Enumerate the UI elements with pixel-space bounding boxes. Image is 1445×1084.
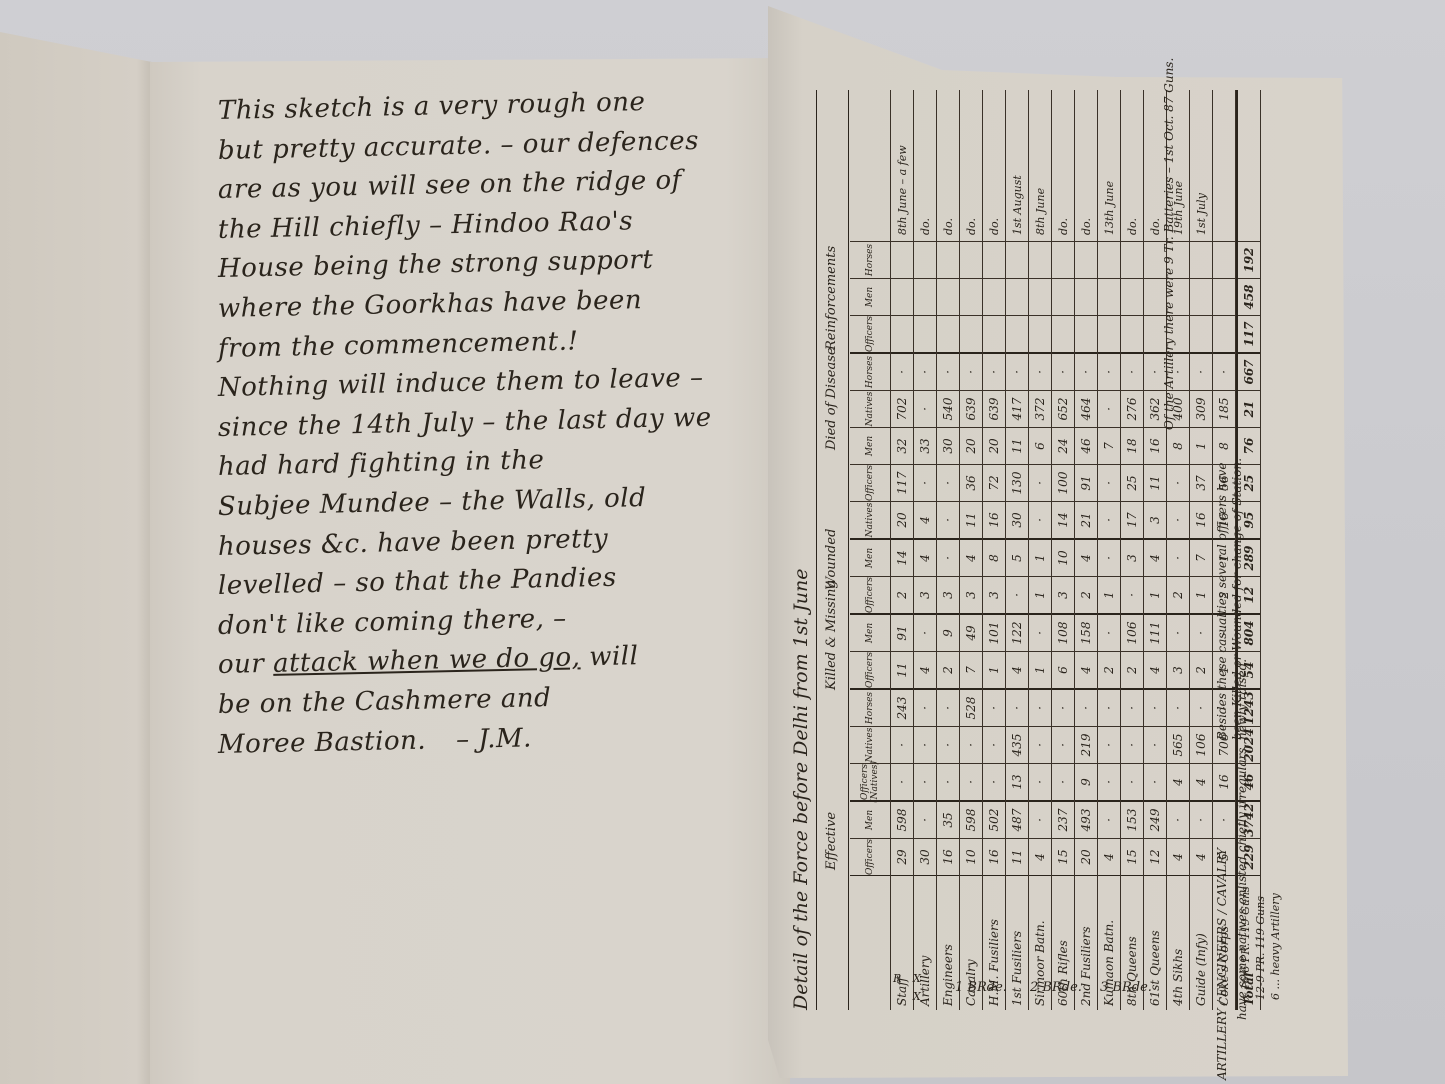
table-cell: · (1121, 763, 1143, 800)
table-cell (1121, 278, 1143, 315)
row-remark: do. (1126, 90, 1139, 241)
table-cell: · (914, 613, 936, 651)
table-cell: 4 (1075, 651, 1097, 688)
table-cell: · (1098, 800, 1120, 838)
table-row: 2nd Fusiliers204939219·415824219146464·d… (1075, 90, 1098, 1010)
table-cell: 35 (937, 800, 959, 838)
table-cell (1190, 278, 1212, 315)
table-cell (960, 278, 982, 315)
table-cell (1190, 315, 1212, 352)
row-remark: 8th June – a few (896, 90, 909, 241)
col-group: Reinforcements (824, 246, 839, 350)
table-cell (1190, 241, 1212, 278)
table-cell: 2 (1190, 651, 1212, 688)
column-header: Men (850, 538, 890, 576)
table-cell: · (937, 763, 959, 800)
table-cell: 4 (1029, 838, 1051, 875)
table-cell: 4 (1075, 538, 1097, 576)
table-cell (1098, 241, 1120, 278)
table-cell: 30 (914, 838, 936, 875)
table-cell: 16 (983, 501, 1005, 538)
table-cell (1006, 278, 1028, 315)
table-cell (937, 241, 959, 278)
table-cell: 4 (914, 538, 936, 576)
table-cell: 2 (1098, 651, 1120, 688)
table-cell: 4 (960, 538, 982, 576)
table-cell (1121, 315, 1143, 352)
table-cell: · (960, 726, 982, 763)
table-title: Detail of the Force before Delhi from 1s… (790, 90, 817, 1010)
column-header: Horses (850, 352, 890, 390)
table-cell: · (1098, 726, 1120, 763)
table-cell: 11 (960, 501, 982, 538)
total-cell: 667 (1238, 352, 1260, 390)
table-cell: 652 (1052, 390, 1074, 427)
table-cell: 15 (1121, 838, 1143, 875)
total-cell: 21 (1238, 390, 1260, 427)
table-cell: 20 (983, 427, 1005, 464)
table-cell: 32 (891, 427, 913, 464)
row-label: 1st Fusiliers (1006, 875, 1028, 1010)
table-cell: 3 (960, 576, 982, 613)
column-header: Men (850, 800, 890, 838)
table-cell: · (937, 538, 959, 576)
table-cell: 7 (960, 651, 982, 688)
table-cell: · (891, 352, 913, 390)
table-cell: · (914, 800, 936, 838)
table-cell: 372 (1029, 390, 1051, 427)
table-cell: · (983, 688, 1005, 726)
table-cell: 9 (937, 613, 959, 651)
table-cell: · (937, 726, 959, 763)
column-header: Natives (850, 390, 890, 427)
brace-item: ARTILLERY (1215, 1008, 1229, 1080)
col-group: Killed & Missing (824, 580, 839, 690)
table-cell: · (1190, 688, 1212, 726)
table-cell: · (1121, 688, 1143, 726)
table-row: 8th Queens15153···2106·3172518276·do. (1121, 90, 1144, 1010)
underlined-text: attack when we do go, (273, 643, 581, 679)
table-cell: · (1098, 501, 1120, 538)
row-label: Guide (Infy) (1190, 875, 1212, 1010)
table-cell: · (1098, 352, 1120, 390)
table-cell: 3 (937, 576, 959, 613)
table-cell: · (1098, 538, 1120, 576)
table-cell: 1 (1144, 576, 1166, 613)
table-cell: · (1098, 763, 1120, 800)
table-cell (1075, 241, 1097, 278)
table-cell: 14 (891, 538, 913, 576)
column-header: Natives (850, 726, 890, 763)
table-cell: 4 (1006, 651, 1028, 688)
table-cell: 4 (914, 651, 936, 688)
letter-text: our (218, 649, 274, 680)
table-cell: 122 (1006, 613, 1028, 651)
table-cell: 7 (1098, 427, 1120, 464)
table-cell: · (1006, 352, 1028, 390)
table-cell: · (1167, 613, 1189, 651)
table-cell (1006, 241, 1028, 278)
table-cell: 309 (1190, 390, 1212, 427)
table-cell: · (1029, 464, 1051, 501)
table-cell: · (1098, 688, 1120, 726)
table-cell (1098, 278, 1120, 315)
table-cell: 4 (1167, 763, 1189, 800)
table-cell: · (1167, 464, 1189, 501)
flyleaf-page (0, 32, 152, 1084)
table-row: Engineers1635···293···30540·do. (937, 90, 960, 1010)
letter-text: will (580, 642, 639, 673)
table-cell: 20 (1075, 838, 1097, 875)
table-cell: 10 (1052, 538, 1074, 576)
table-cell (914, 278, 936, 315)
signature: – J.M. (456, 719, 533, 760)
table-cell: 4 (1190, 763, 1212, 800)
table-cell: 49 (960, 613, 982, 651)
table-cell: 106 (1190, 726, 1212, 763)
table-cell: 16 (1190, 501, 1212, 538)
table-cell: 493 (1075, 800, 1097, 838)
table-cell: 2 (891, 576, 913, 613)
table-cell (983, 315, 1005, 352)
table-cell: 91 (891, 613, 913, 651)
table-cell: 502 (983, 800, 1005, 838)
table-cell: · (937, 688, 959, 726)
header-label (850, 875, 890, 1010)
table-cell: · (1029, 800, 1051, 838)
table-cell: 1 (1029, 538, 1051, 576)
table-cell: 7 (1190, 538, 1212, 576)
row-label: Staff (891, 875, 913, 1010)
table-cell: 130 (1006, 464, 1028, 501)
column-header: Horses (850, 241, 890, 278)
table-cell: 158 (1075, 613, 1097, 651)
table-cell: · (983, 352, 1005, 390)
table-cell: · (1075, 352, 1097, 390)
table-cell: · (914, 390, 936, 427)
table-cell: 17 (1121, 501, 1143, 538)
column-header: Officers (850, 651, 890, 688)
table-cell: 117 (891, 464, 913, 501)
table-cell: 30 (1006, 501, 1028, 538)
table-cell: 11 (891, 651, 913, 688)
table-cell: · (1190, 800, 1212, 838)
table-cell: · (1167, 501, 1189, 538)
table-cell: · (1006, 576, 1028, 613)
table-cell: · (937, 464, 959, 501)
col-group: Effective (824, 812, 839, 870)
table-cell: 21 (1075, 501, 1097, 538)
table-cell: 30 (937, 427, 959, 464)
table-cell (1052, 241, 1074, 278)
table-cell (891, 278, 913, 315)
table-cell: · (1144, 726, 1166, 763)
table-cell: 18 (1121, 427, 1143, 464)
footer-note-3: 6 ... heavy Artillery (1268, 893, 1283, 1000)
table-cell: 2 (1075, 576, 1097, 613)
table-cell: 219 (1075, 726, 1097, 763)
column-header: Officers (850, 838, 890, 875)
table-cell: · (914, 763, 936, 800)
table-cell (1052, 315, 1074, 352)
table-cell: · (1006, 688, 1028, 726)
table-cell: 1 (1190, 427, 1212, 464)
table-cell: 249 (1144, 800, 1166, 838)
brace-item: CAVALRY (1215, 848, 1229, 906)
table-cell: 1 (1029, 576, 1051, 613)
col-group: Died of Disease (824, 347, 839, 450)
table-cell: 2 (1167, 576, 1189, 613)
table-cell: · (983, 726, 1005, 763)
table-cell: · (891, 763, 913, 800)
table-cell: 6 (1052, 651, 1074, 688)
table-cell: 46 (1075, 427, 1097, 464)
table-cell: 25 (1121, 464, 1143, 501)
table-cell: 29 (891, 838, 913, 875)
table-row: H.M. Fusiliers16502···110138167220639·do… (983, 90, 1006, 1010)
brigade-label: 1 BRde. (955, 980, 1007, 995)
table-row: Sirmoor Batn.4····1·11··6372·8th June (1029, 90, 1052, 1010)
table-row: Kumaon Batn.4····2·1···7··13th June (1098, 90, 1121, 1010)
table-cell: 237 (1052, 800, 1074, 838)
table-cell: · (1098, 613, 1120, 651)
table-cell: 15 (1052, 838, 1074, 875)
column-header: Officers (850, 315, 890, 352)
table-cell: · (1213, 352, 1235, 390)
table-cell: 10 (960, 838, 982, 875)
row-remark: 1st July (1195, 90, 1208, 241)
table-cell: · (1075, 688, 1097, 726)
handwritten-letter: This sketch is a very rough one but pret… (218, 92, 778, 765)
table-cell: 11 (1006, 427, 1028, 464)
table-cell: 417 (1006, 390, 1028, 427)
table-cell: 3 (983, 576, 1005, 613)
table-cell: · (1121, 352, 1143, 390)
letter-text: Moree Bastion. (218, 725, 427, 759)
table-cell: 11 (1006, 838, 1028, 875)
row-remark: 13th June (1103, 90, 1116, 241)
row-remark: do. (1149, 90, 1162, 241)
table-cell (1006, 315, 1028, 352)
row-mark: R (893, 972, 901, 985)
table-cell: 1 (1098, 576, 1120, 613)
table-cell: 91 (1075, 464, 1097, 501)
table-cell: 3 (1121, 538, 1143, 576)
table-cell: 3 (1167, 651, 1189, 688)
table-cell: · (960, 352, 982, 390)
table-cell: 3 (1144, 501, 1166, 538)
table-cell: 108 (1052, 613, 1074, 651)
column-header: Officers (850, 576, 890, 613)
table-cell (983, 241, 1005, 278)
table-cell: 8 (1167, 427, 1189, 464)
table-cell: 3 (914, 576, 936, 613)
table-row: 60th Rifles15237···61083101410024652·do. (1052, 90, 1075, 1010)
table-cell: · (1029, 352, 1051, 390)
table-cell: 2 (1121, 651, 1143, 688)
table-row: 1st Fusiliers1148713435·4122·53013011417… (1006, 90, 1029, 1010)
row-remark: do. (919, 90, 932, 241)
table-cell (1121, 241, 1143, 278)
table-cell: 1 (1029, 651, 1051, 688)
column-header: Men (850, 427, 890, 464)
col-group: Wounded (824, 529, 839, 590)
table-cell: 4 (1144, 651, 1166, 688)
table-cell: · (1029, 501, 1051, 538)
table-cell: · (914, 726, 936, 763)
table-cell (1029, 315, 1051, 352)
table-cell: 3 (1052, 576, 1074, 613)
table-cell: 276 (1121, 390, 1143, 427)
column-header: Men (850, 278, 890, 315)
table-cell: 16 (937, 838, 959, 875)
table-cell: · (937, 501, 959, 538)
table-cell: 20 (960, 427, 982, 464)
table-cell: · (914, 464, 936, 501)
table-cell: 72 (983, 464, 1005, 501)
table-cell: 4 (1098, 838, 1120, 875)
table-cell: 4 (914, 501, 936, 538)
table-cell: · (1121, 576, 1143, 613)
table-cell (1213, 315, 1235, 352)
table-cell: 1 (1190, 576, 1212, 613)
row-mark: X (913, 990, 921, 1003)
table-row: Staff29598··24311912142011732702·8th Jun… (891, 90, 914, 1010)
table-cell: 101 (983, 613, 1005, 651)
table-cell: 639 (983, 390, 1005, 427)
row-label: 4th Sikhs (1167, 875, 1189, 1010)
footer-note-2: 12-9 PR. 119 Guns (1253, 896, 1268, 1000)
table-cell: 20 (891, 501, 913, 538)
table-cell: · (960, 763, 982, 800)
table-cell: 185 (1213, 390, 1235, 427)
table-cell (891, 241, 913, 278)
table-cell: · (1144, 763, 1166, 800)
table-cell: · (1052, 726, 1074, 763)
table-cell: · (1144, 688, 1166, 726)
table-cell: 702 (891, 390, 913, 427)
column-groups: Effective Killed & Missing Wounded Died … (818, 90, 849, 1010)
table-cell: · (1052, 763, 1074, 800)
table-cell (937, 278, 959, 315)
table-cell: 487 (1006, 800, 1028, 838)
table-cell (1098, 315, 1120, 352)
table-cell: · (983, 763, 1005, 800)
table-cell (960, 241, 982, 278)
table-cell: 598 (891, 800, 913, 838)
table-cell: 639 (960, 390, 982, 427)
table-cell: 153 (1121, 800, 1143, 838)
column-header: Horses (850, 688, 890, 726)
table-cell: 598 (960, 800, 982, 838)
table-cell: · (937, 352, 959, 390)
table-cell: 8 (983, 538, 1005, 576)
brace-item: ENGINEERS (1215, 918, 1229, 997)
table-cell: 6 (1029, 427, 1051, 464)
column-header: Natives (850, 501, 890, 538)
table-cell: 464 (1075, 390, 1097, 427)
table-cell: · (1167, 688, 1189, 726)
table-cell: 528 (960, 688, 982, 726)
table-cell: 4 (1190, 838, 1212, 875)
table-cell (1029, 278, 1051, 315)
table-cell (914, 241, 936, 278)
table-grid: OfficersMenOfficers (Natives)NativesHors… (850, 90, 1261, 1010)
brace-note: ARTILLERY / ENGINEERS / CAVALRY (1215, 848, 1230, 1080)
table-cell: · (914, 688, 936, 726)
table-cell: · (1098, 464, 1120, 501)
table-cell: · (1029, 726, 1051, 763)
table-cell: 16 (983, 838, 1005, 875)
table-cell: 12 (1144, 838, 1166, 875)
table-cell: 33 (914, 427, 936, 464)
table-cell: 100 (1052, 464, 1074, 501)
table-cell (1052, 278, 1074, 315)
table-cell: 243 (891, 688, 913, 726)
table-row: Cavalry10598··52874934113620639·do. (960, 90, 983, 1010)
brigade-label: 3 BRde. (1100, 980, 1152, 995)
table-row: Guide (Infy)4·4106·2·1716371309·1st July (1190, 90, 1213, 1010)
total-cell: 458 (1238, 278, 1260, 315)
row-remark: do. (1080, 90, 1093, 241)
row-remark: do. (1057, 90, 1070, 241)
row-remark: do. (942, 90, 955, 241)
table-cell (1029, 241, 1051, 278)
table-cell: 106 (1121, 613, 1143, 651)
table-cell: · (1121, 726, 1143, 763)
table-cell: · (1213, 800, 1235, 838)
table-cell: 540 (937, 390, 959, 427)
row-mark: X (913, 972, 921, 985)
table-cell: 16 (1144, 427, 1166, 464)
footer-note-1: x 16-6 PR. 119 Guns (1238, 886, 1253, 1000)
table-cell: 4 (1144, 538, 1166, 576)
table-cell: 11 (1144, 464, 1166, 501)
table-cell: · (1167, 538, 1189, 576)
table-cell: · (1052, 352, 1074, 390)
table-cell (937, 315, 959, 352)
table-cell: 111 (1144, 613, 1166, 651)
table-cell: 16 (1213, 763, 1235, 800)
table-cell: 36 (960, 464, 982, 501)
table-cell: · (1029, 763, 1051, 800)
table-cell: 24 (1052, 427, 1074, 464)
table-cell (1075, 315, 1097, 352)
header-row: OfficersMenOfficers (Natives)NativesHors… (850, 90, 891, 1010)
table-cell (1075, 278, 1097, 315)
brigade-label: 2 BRde. (1030, 980, 1082, 995)
table-cell (960, 315, 982, 352)
table-cell: 435 (1006, 726, 1028, 763)
table-cell: 2 (937, 651, 959, 688)
table-cell: 37 (1190, 464, 1212, 501)
table-cell: · (891, 726, 913, 763)
table-cell: 1 (983, 651, 1005, 688)
margin-note-top: Of the Artillery there were 9 Tr. Batter… (1162, 58, 1177, 430)
table-cell (891, 315, 913, 352)
table-cell (914, 315, 936, 352)
table-cell: · (1167, 800, 1189, 838)
table-cell: · (1029, 613, 1051, 651)
row-remark: 1st August (1011, 90, 1024, 241)
table-cell: 9 (1075, 763, 1097, 800)
table-cell: 5 (1006, 538, 1028, 576)
total-cell: 192 (1238, 241, 1260, 278)
row-remark: do. (988, 90, 1001, 241)
table-cell: · (1190, 613, 1212, 651)
table-cell (1213, 278, 1235, 315)
table-cell: · (1029, 688, 1051, 726)
